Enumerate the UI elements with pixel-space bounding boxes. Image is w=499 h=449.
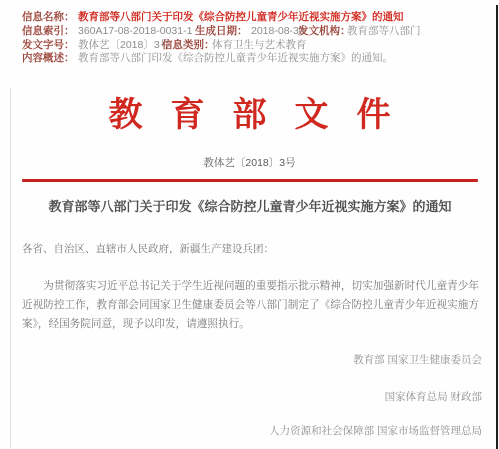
info-category-label: 信息类别： [162, 38, 215, 52]
salutation: 各省、自治区、直辖市人民政府，新疆生产建设兵团： [22, 241, 482, 256]
meta-row-name: 信息名称： 教育部等八部门关于印发《综合防控儿童青少年近视实施方案》的通知 [0, 10, 499, 24]
info-date-label: 生成日期： [195, 24, 248, 38]
signature-line: 国家体育总局 财政部 [385, 389, 482, 404]
meta-row-summary: 内容概述： 教育部等八部门印发《综合防控儿童青少年近视实施方案》的通知。 [0, 51, 499, 65]
info-name-label: 信息名称： [22, 10, 75, 24]
letterhead-rule [22, 179, 478, 182]
meta-row-index: 信息索引： 360A17-08-2018-0031-1 生成日期： 2018-0… [0, 24, 499, 38]
letterhead-title: 教育部文件 [0, 94, 499, 138]
left-edge-scan-line [10, 88, 11, 449]
body-paragraph: 为贯彻落实习近平总书记关于学生近视问题的重要指示批示精神，切实加强新时代儿童青少… [22, 277, 479, 334]
signature-line: 教育部 国家卫生健康委员会 [353, 352, 482, 367]
info-docno-value: 教体艺〔2018〕3号 [78, 38, 170, 52]
info-agency-label: 发文机构： [298, 24, 351, 38]
right-edge-border [496, 5, 498, 449]
notice-title: 教育部等八部门关于印发《综合防控儿童青少年近视实施方案》的通知 [30, 198, 470, 216]
info-index-label: 信息索引： [22, 24, 75, 38]
info-date-value: 2018-08-30 [251, 24, 305, 38]
meta-row-docno: 发文字号： 教体艺〔2018〕3号 信息类别： 体育卫生与艺术教育 [0, 38, 499, 52]
doc-number: 教体艺〔2018〕3号 [0, 155, 499, 170]
info-agency-value: 教育部等八部门 [347, 24, 421, 38]
info-index-value: 360A17-08-2018-0031-1 [78, 24, 192, 38]
document-page: 信息名称： 教育部等八部门关于印发《综合防控儿童青少年近视实施方案》的通知 信息… [0, 0, 499, 449]
info-docno-label: 发文字号： [22, 38, 75, 52]
info-name-value: 教育部等八部门关于印发《综合防控儿童青少年近视实施方案》的通知 [78, 10, 404, 24]
info-summary-label: 内容概述： [22, 51, 75, 65]
info-category-value: 体育卫生与艺术教育 [212, 38, 307, 52]
signature-line: 人力资源和社会保障部 国家市场监督管理总局 [269, 423, 482, 438]
info-summary-value: 教育部等八部门印发《综合防控儿童青少年近视实施方案》的通知。 [78, 51, 393, 65]
